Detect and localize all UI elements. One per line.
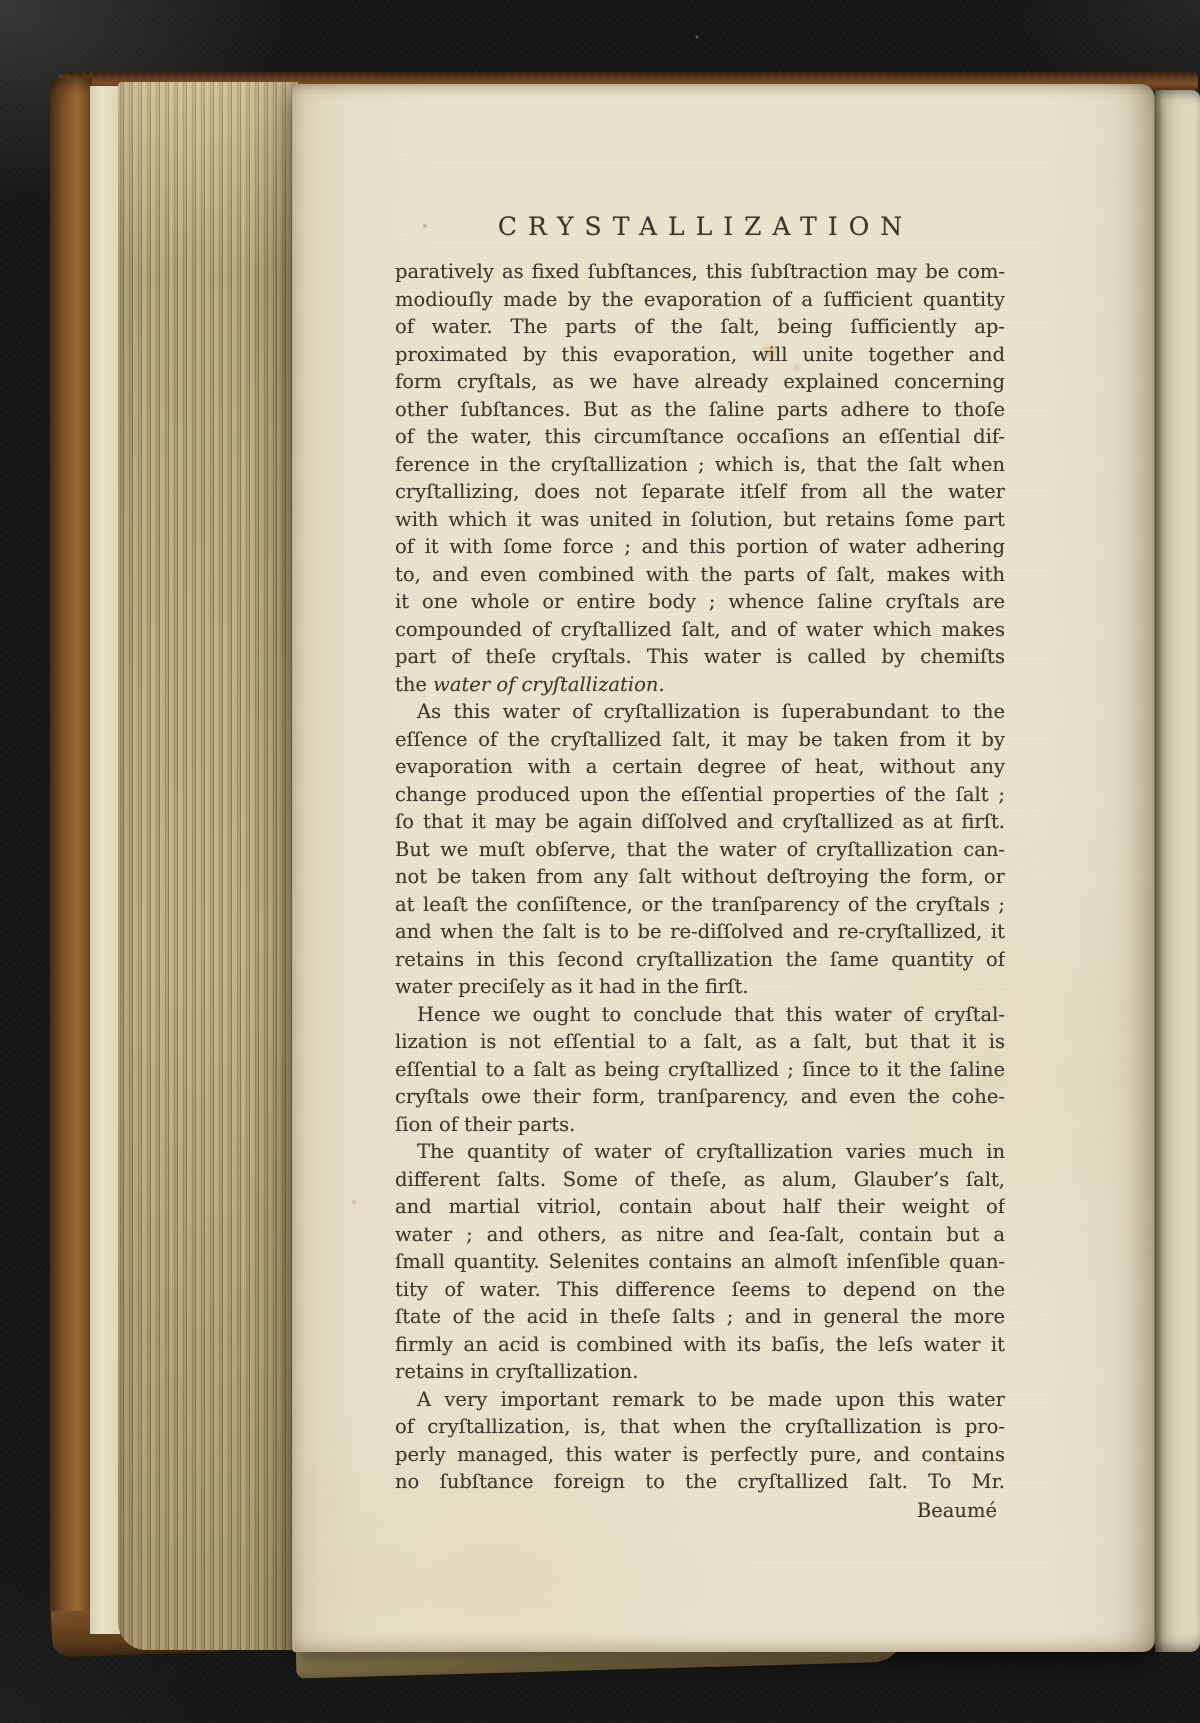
text-line: different ſalts. Some of theſe, as alum,… xyxy=(395,1166,1005,1194)
text-line: not be taken from any ſalt without deſtr… xyxy=(395,863,1005,891)
text-line: water preciſely as it had in the firſt. xyxy=(395,973,1005,1001)
facing-page-edge xyxy=(1155,90,1200,1652)
text-column: CRYSTALLIZATION paratively as fixed ſubſ… xyxy=(395,212,1005,1524)
text-line: perly managed, this water is perfectly p… xyxy=(395,1441,1005,1469)
text-segment: the xyxy=(395,673,433,696)
text-line: A very important remark to be made upon … xyxy=(395,1386,1005,1414)
text-line: no ſubſtance foreign to the cryſtallized… xyxy=(395,1468,1005,1496)
text-line: water ; and others, as nitre and ſea-ſal… xyxy=(395,1221,1005,1249)
text-line: modiouſly made by the evaporation of a ſ… xyxy=(395,286,1005,314)
text-line: Hence we ought to conclude that this wat… xyxy=(395,1001,1005,1029)
text-line: to, and even combined with the parts of … xyxy=(395,561,1005,589)
book-endpaper-edge xyxy=(90,86,120,1634)
body-text: paratively as fixed ſubſtances, this ſub… xyxy=(395,258,1005,1496)
text-line: ference in the cryſtallization ; which i… xyxy=(395,451,1005,479)
text-line: of the water, this circumſtance occaſion… xyxy=(395,423,1005,451)
text-line: compounded of cryſtallized ſalt, and of … xyxy=(395,616,1005,644)
text-line: evaporation with a certain degree of hea… xyxy=(395,753,1005,781)
text-line: ſtate of the acid in theſe ſalts ; and i… xyxy=(395,1303,1005,1331)
text-line: eſſence of the cryſtallized ſalt, it may… xyxy=(395,726,1005,754)
text-line: eſſential to a ſalt as being cryſtallize… xyxy=(395,1056,1005,1084)
text-line: with which it was united in ſolution, bu… xyxy=(395,506,1005,534)
text-line: retains in cryſtallization. xyxy=(395,1358,1005,1386)
text-line: firmly an acid is combined with its baſi… xyxy=(395,1331,1005,1359)
text-line: and martial vitriol, contain about half … xyxy=(395,1193,1005,1221)
text-line: the water of cryſtallization. xyxy=(395,671,1005,699)
text-line: cryſtals owe their form, tranſparency, a… xyxy=(395,1083,1005,1111)
text-line: cryſtallizing, does not ſeparate itſelf … xyxy=(395,478,1005,506)
text-line: ſion of their parts. xyxy=(395,1111,1005,1139)
text-line: tity of water. This difference ſeems to … xyxy=(395,1276,1005,1304)
text-line: lization is not eſſential to a ſalt, as … xyxy=(395,1028,1005,1056)
text-line: and when the ſalt is to be re-diſſolved … xyxy=(395,918,1005,946)
text-line: ſo that it may be again diſſolved and cr… xyxy=(395,808,1005,836)
text-line: But we muſt obſerve, that the water of c… xyxy=(395,836,1005,864)
page-heading: CRYSTALLIZATION xyxy=(395,212,1005,242)
text-line: at leaſt the conſiſtence, or the tranſpa… xyxy=(395,891,1005,919)
text-line: The quantity of water of cryſtallization… xyxy=(395,1138,1005,1166)
text-line: change produced upon the eſſential prope… xyxy=(395,781,1005,809)
book-page: CRYSTALLIZATION paratively as fixed ſubſ… xyxy=(292,84,1155,1652)
text-line: form cryſtals, as we have already explai… xyxy=(395,368,1005,396)
text-line: of water. The parts of the ſalt, being ſ… xyxy=(395,313,1005,341)
book-spine-edge xyxy=(50,78,92,1633)
text-line: part of theſe cryſtals. This water is ca… xyxy=(395,643,1005,671)
text-line: other ſubſtances. But as the ſaline part… xyxy=(395,396,1005,424)
catchword: Beaumé xyxy=(395,1497,1005,1525)
text-line: of cryſtallization, is, that when the cr… xyxy=(395,1413,1005,1441)
book-page-edges xyxy=(118,82,298,1650)
text-line: of it with ſome force ; and this portion… xyxy=(395,533,1005,561)
photo-backdrop: CRYSTALLIZATION paratively as fixed ſubſ… xyxy=(0,0,1200,1723)
text-line: As this water of cryſtallization is ſupe… xyxy=(395,698,1005,726)
text-line: it one whole or entire body ; whence ſal… xyxy=(395,588,1005,616)
text-line: proximated by this evaporation, will uni… xyxy=(395,341,1005,369)
italic-phrase: water of cryſtallization. xyxy=(433,673,665,696)
text-line: paratively as fixed ſubſtances, this ſub… xyxy=(395,258,1005,286)
text-line: retains in this ſecond cryſtallization t… xyxy=(395,946,1005,974)
text-line: ſmall quantity. Selenites contains an al… xyxy=(395,1248,1005,1276)
